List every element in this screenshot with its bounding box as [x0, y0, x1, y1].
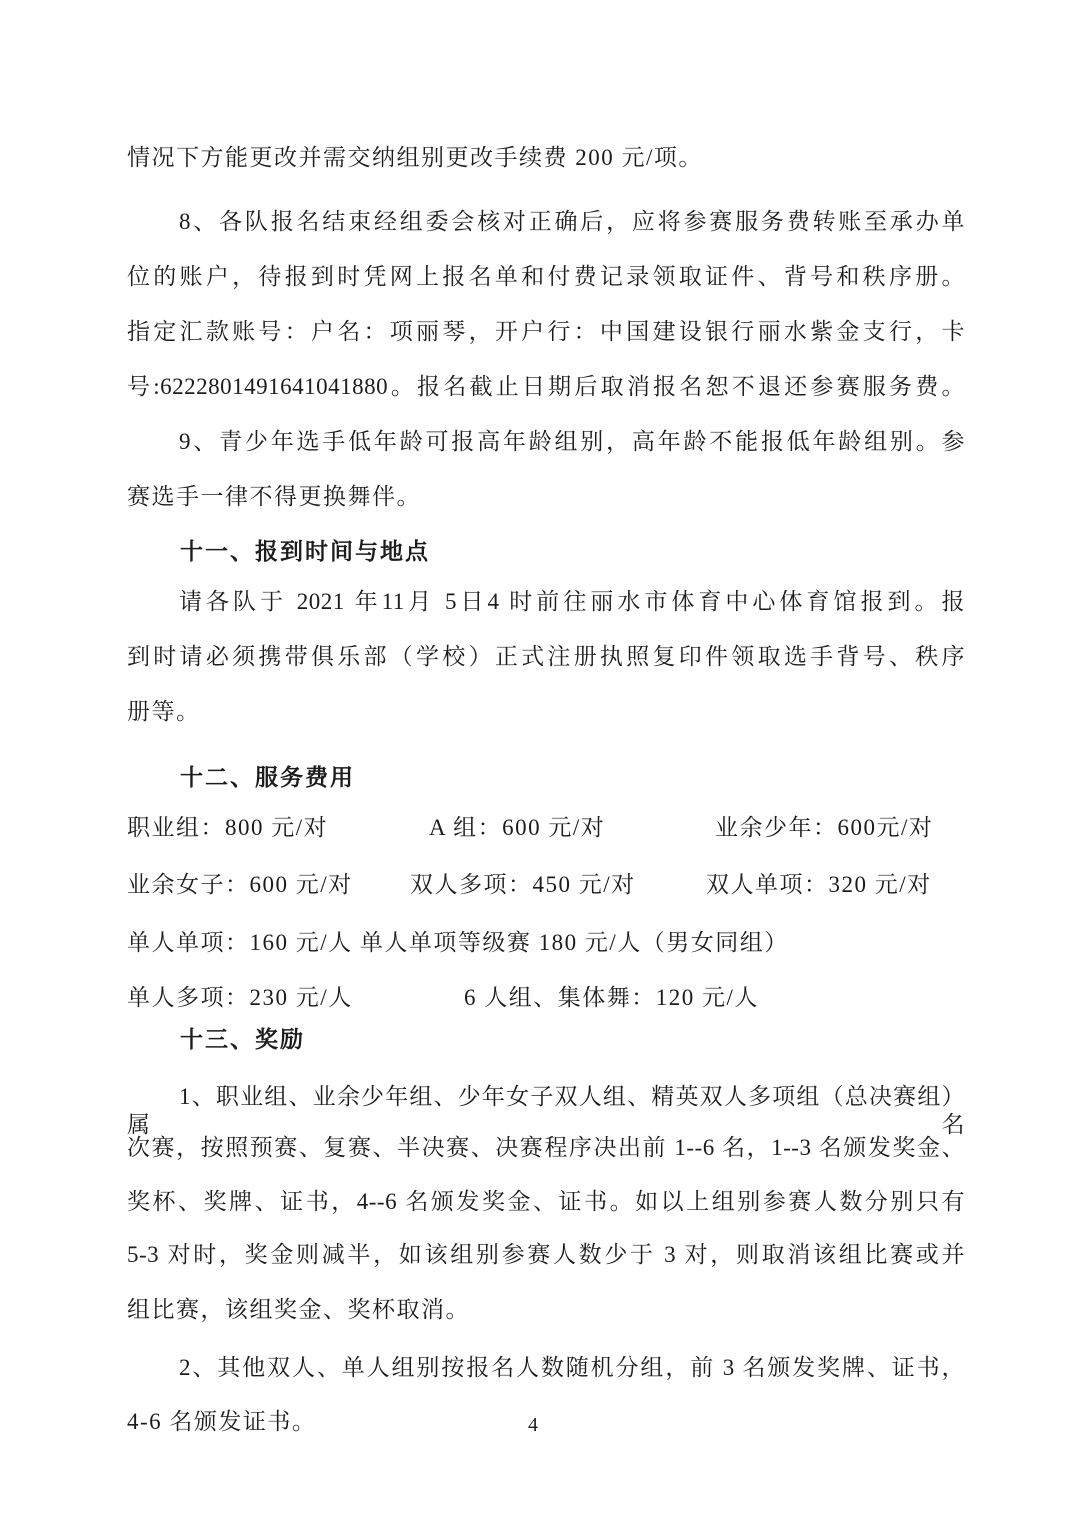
item-8-line-1: 8、各队报名结束经组委会核对正确后，应将参赛服务费转账至承办单	[127, 208, 965, 236]
item-9-line-1: 9、青少年选手低年龄可报高年龄组别，高年龄不能报低年龄组别。参	[127, 428, 965, 456]
fee-group-dance: 6 人组、集体舞：120 元/人	[464, 984, 759, 1012]
fee-amateur-women: 业余女子：600 元/对	[127, 871, 353, 899]
fee-a-group: A 组：600 元/对	[429, 814, 605, 842]
page-number: 4	[127, 1414, 939, 1437]
award-item-1-line-4: 5-3 对时，奖金则减半，如该组别参赛人数少于 3 对，则取消该组比赛或并	[127, 1241, 965, 1269]
fee-duo-single-event: 双人单项：320 元/对	[706, 871, 932, 899]
award-item-1-line-2: 次赛，按照预赛、复赛、半决赛、决赛程序决出前 1--6 名，1--3 名颁发奖金…	[127, 1134, 965, 1162]
section-11-line-2: 到时请必须携带俱乐部（学校）正式注册执照复印件领取选手背号、秩序	[127, 643, 965, 671]
item-8-line-3: 指定汇款账号：户名：项丽琴，开户行：中国建设银行丽水紫金支行，卡	[127, 318, 965, 346]
item-8-line-4: 号:6222801491641041880。报名截止日期后取消报名恕不退还参赛服…	[127, 373, 965, 401]
paragraph-7-continuation-line: 情况下方能更改并需交纳组别更改手续费 200 元/项。	[127, 144, 965, 172]
award-item-1-line-3: 奖杯、奖牌、证书，4--6 名颁发奖金、证书。如以上组别参赛人数分别只有	[127, 1188, 965, 1216]
section-12-heading: 十二、服务费用	[180, 764, 960, 792]
award-item-1-line-1: 1、职业组、业余少年组、少年女子双人组、精英双人多项组（总决赛组）属名	[127, 1083, 965, 1139]
fee-row-3-single-events: 单人单项：160 元/人 单人单项等级赛 180 元/人（男女同组）	[127, 929, 965, 957]
section-11-heading: 十一、报到时间与地点	[180, 538, 960, 566]
document-page: 情况下方能更改并需交纳组别更改手续费 200 元/项。 8、各队报名结束经组委会…	[0, 0, 1080, 1526]
fee-row-2: 业余女子：600 元/对 双人多项：450 元/对 双人单项：320 元/对	[127, 871, 965, 901]
item-8-line-2: 位的账户，待报到时凭网上报名单和付费记录领取证件、背号和秩序册。	[127, 263, 965, 291]
section-11-line-1: 请各队于 2021 年11月 5日4 时前往丽水市体育中心体育馆报到。报	[127, 588, 965, 616]
item-9-line-2: 赛选手一律不得更换舞伴。	[127, 483, 965, 511]
fee-row-4: 单人多项：230 元/人 6 人组、集体舞：120 元/人	[127, 984, 965, 1014]
award-item-1-line-5: 组比赛，该组奖金、奖杯取消。	[127, 1296, 965, 1324]
section-13-heading: 十三、奖励	[180, 1026, 960, 1054]
fee-solo-multi-event: 单人多项：230 元/人	[127, 984, 353, 1012]
fee-duo-multi-event: 双人多项：450 元/对	[410, 871, 636, 899]
section-11-line-3: 册等。	[127, 698, 965, 726]
fee-row-1: 职业组：800 元/对 A 组：600 元/对 业余少年：600元/对	[127, 814, 965, 844]
fee-amateur-youth: 业余少年：600元/对	[715, 814, 933, 842]
fee-professional-group: 职业组：800 元/对	[127, 814, 328, 842]
award-item-2-line-1: 2、其他双人、单人组别按报名人数随机分组，前 3 名颁发奖牌、证书，	[127, 1354, 965, 1382]
